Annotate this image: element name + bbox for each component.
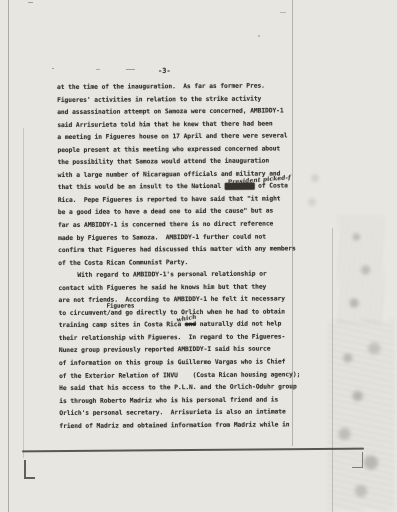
scan-speck — [126, 69, 135, 70]
scan-speck — [280, 12, 286, 13]
scan-speck — [258, 35, 260, 37]
scan-smudge — [328, 320, 394, 510]
page-bottom-edge-line — [22, 448, 364, 453]
corner-bracket-bottom-left — [24, 460, 35, 479]
scan-speck — [28, 2, 33, 3]
scan-smudge — [338, 215, 384, 325]
typed-segment: training camp sites in Costa Rica — [59, 322, 185, 330]
scan-smudge — [300, 160, 330, 220]
typed-segment: to circumvent/and go directly to Orlich … — [59, 308, 285, 317]
page-number: -3- — [158, 67, 171, 75]
typed-text-block: at the time of the inauguration. As far … — [57, 80, 359, 433]
typed-insertion-above-line: Figueres — [107, 301, 135, 314]
scan-speck — [52, 68, 54, 69]
scan-fold-line-left-inner — [23, 128, 24, 458]
scan-fold-line-left — [8, 0, 9, 512]
typed-line: friend of Madriz and obtained informatio… — [59, 419, 359, 434]
scan-speck — [96, 69, 100, 70]
typed-segment: that this would be an insult to the Nati… — [58, 183, 225, 191]
scanned-document-page: -3- at the time of the inauguration. As … — [0, 0, 397, 512]
typed-segment: naturally did not help — [196, 321, 281, 329]
